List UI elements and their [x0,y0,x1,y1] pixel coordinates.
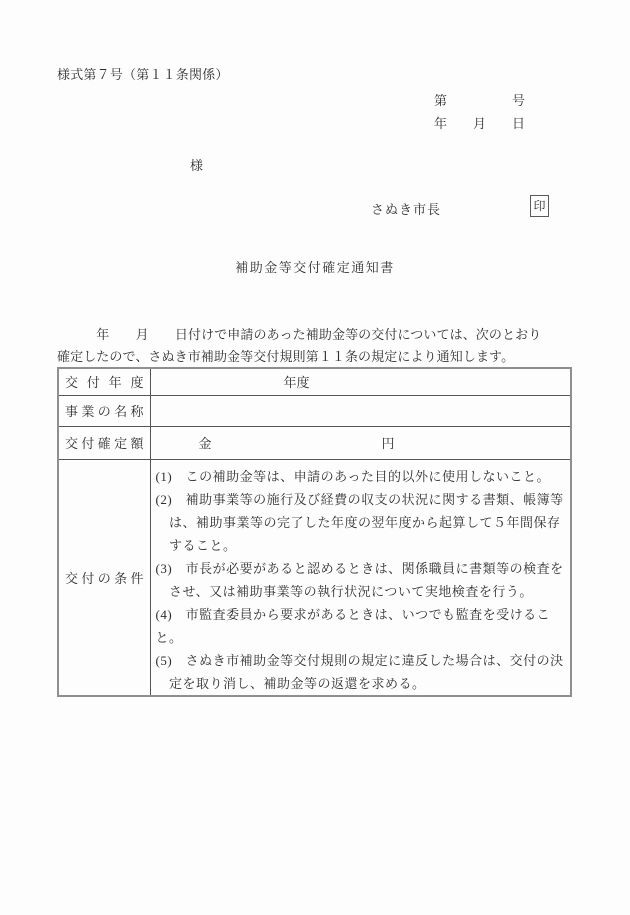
body-paragraph: 年 月 日付けで申請のあった補助金等の交付については、次のとおり 確定したので、… [57,324,577,368]
grant-determination-table: 交付年度 年度 事業の名称 交付確定額 金円 交付の条件 ( [57,367,572,697]
table-row-conditions: 交付の条件 (1) この補助金等は、申請のあった目的以外に使用しないこと。 (2… [58,459,571,696]
table-row-determined-amount: 交付確定額 金円 [58,426,571,459]
amount-prefix: 金 [199,436,212,451]
date-line: 年 月 日 [434,113,525,132]
condition-item-2: (2) 補助事業等の施行及び経費の収支の状況に関する書類、帳簿等 は、補助事業等… [156,488,569,557]
condition-item-4: (4) 市監査委員から要求があるときは、いつでも監査を受けること。 [156,603,569,649]
form-number-label: 様式第７号（第１１条関係） [57,64,229,83]
project-name-value-cell [150,395,571,426]
document-title: 補助金等交付確定通知書 [0,257,630,276]
condition-item-5: (5) さぬき市補助金等交付規則の規定に違反した場合は、交付の決 定を取り消し、… [156,649,569,695]
fiscal-year-value-cell: 年度 [150,368,571,395]
row-label-project-name: 事業の名称 [58,395,150,426]
condition-item-1: (1) この補助金等は、申請のあった目的以外に使用しないこと。 [156,465,569,488]
condition-item-3: (3) 市長が必要があると認めるときは、関係職員に書類等の検査を させ、又は補助… [156,557,569,603]
row-label-conditions: 交付の条件 [58,459,150,696]
document-page: 様式第７号（第１１条関係） 第 号 年 月 日 様 さぬき市長 印 補助金等交付… [0,0,630,915]
conditions-cell: (1) この補助金等は、申請のあった目的以外に使用しないこと。 (2) 補助事業… [150,459,571,696]
document-number-line: 第 号 [434,90,525,109]
table-row-fiscal-year: 交付年度 年度 [58,368,571,395]
row-label-fiscal-year: 交付年度 [58,368,150,395]
addressee-suffix: 様 [190,155,203,174]
row-label-determined-amount: 交付確定額 [58,426,150,459]
table-row-project-name: 事業の名称 [58,395,571,426]
fiscal-year-suffix: 年度 [284,375,310,390]
seal-stamp-box: 印 [530,195,549,217]
amount-value-cell: 金円 [150,426,571,459]
sender-name: さぬき市長 [371,199,441,218]
amount-unit: 円 [382,436,395,451]
